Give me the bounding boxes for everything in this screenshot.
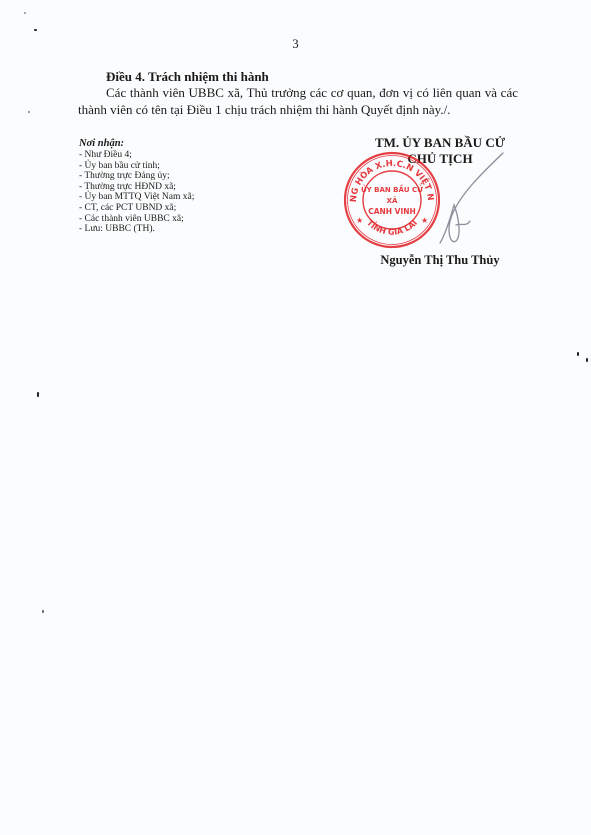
recipient-item: - Ủy ban MTTQ Việt Nam xã; [79,192,194,203]
recipient-item: - CT, các PCT UBND xã; [79,203,194,214]
scan-speck [24,12,26,14]
page-number: 3 [0,37,591,52]
recipient-item: - Thường trực Đảng ủy; [79,171,194,182]
scan-speck [37,392,39,397]
handwritten-signature [400,145,510,255]
scan-speck [42,610,44,613]
recipient-item: - Thường trực HĐND xã; [79,182,194,193]
recipients-title: Nơi nhận: [79,138,194,150]
signer-name: Nguyễn Thị Thu Thủy [355,253,525,268]
article-heading: Điều 4. Trách nhiệm thi hành [106,69,269,85]
recipients-block: Nơi nhận: - Như Điều 4; - Ủy ban bầu cử … [79,138,194,235]
recipient-item: - Ủy ban bầu cử tỉnh; [79,161,194,172]
scan-speck [577,352,579,356]
recipient-item: - Lưu: UBBC (TH). [79,224,194,235]
article-body: Các thành viên UBBC xã, Thủ trưởng các c… [78,84,518,118]
scan-speck [586,358,588,362]
scan-speck [34,29,37,31]
scan-speck [28,111,30,113]
recipient-item: - Các thành viên UBBC xã; [79,214,194,225]
svg-text:XÃ: XÃ [387,196,398,205]
svg-text:★: ★ [356,216,363,225]
recipient-item: - Như Điều 4; [79,150,194,161]
